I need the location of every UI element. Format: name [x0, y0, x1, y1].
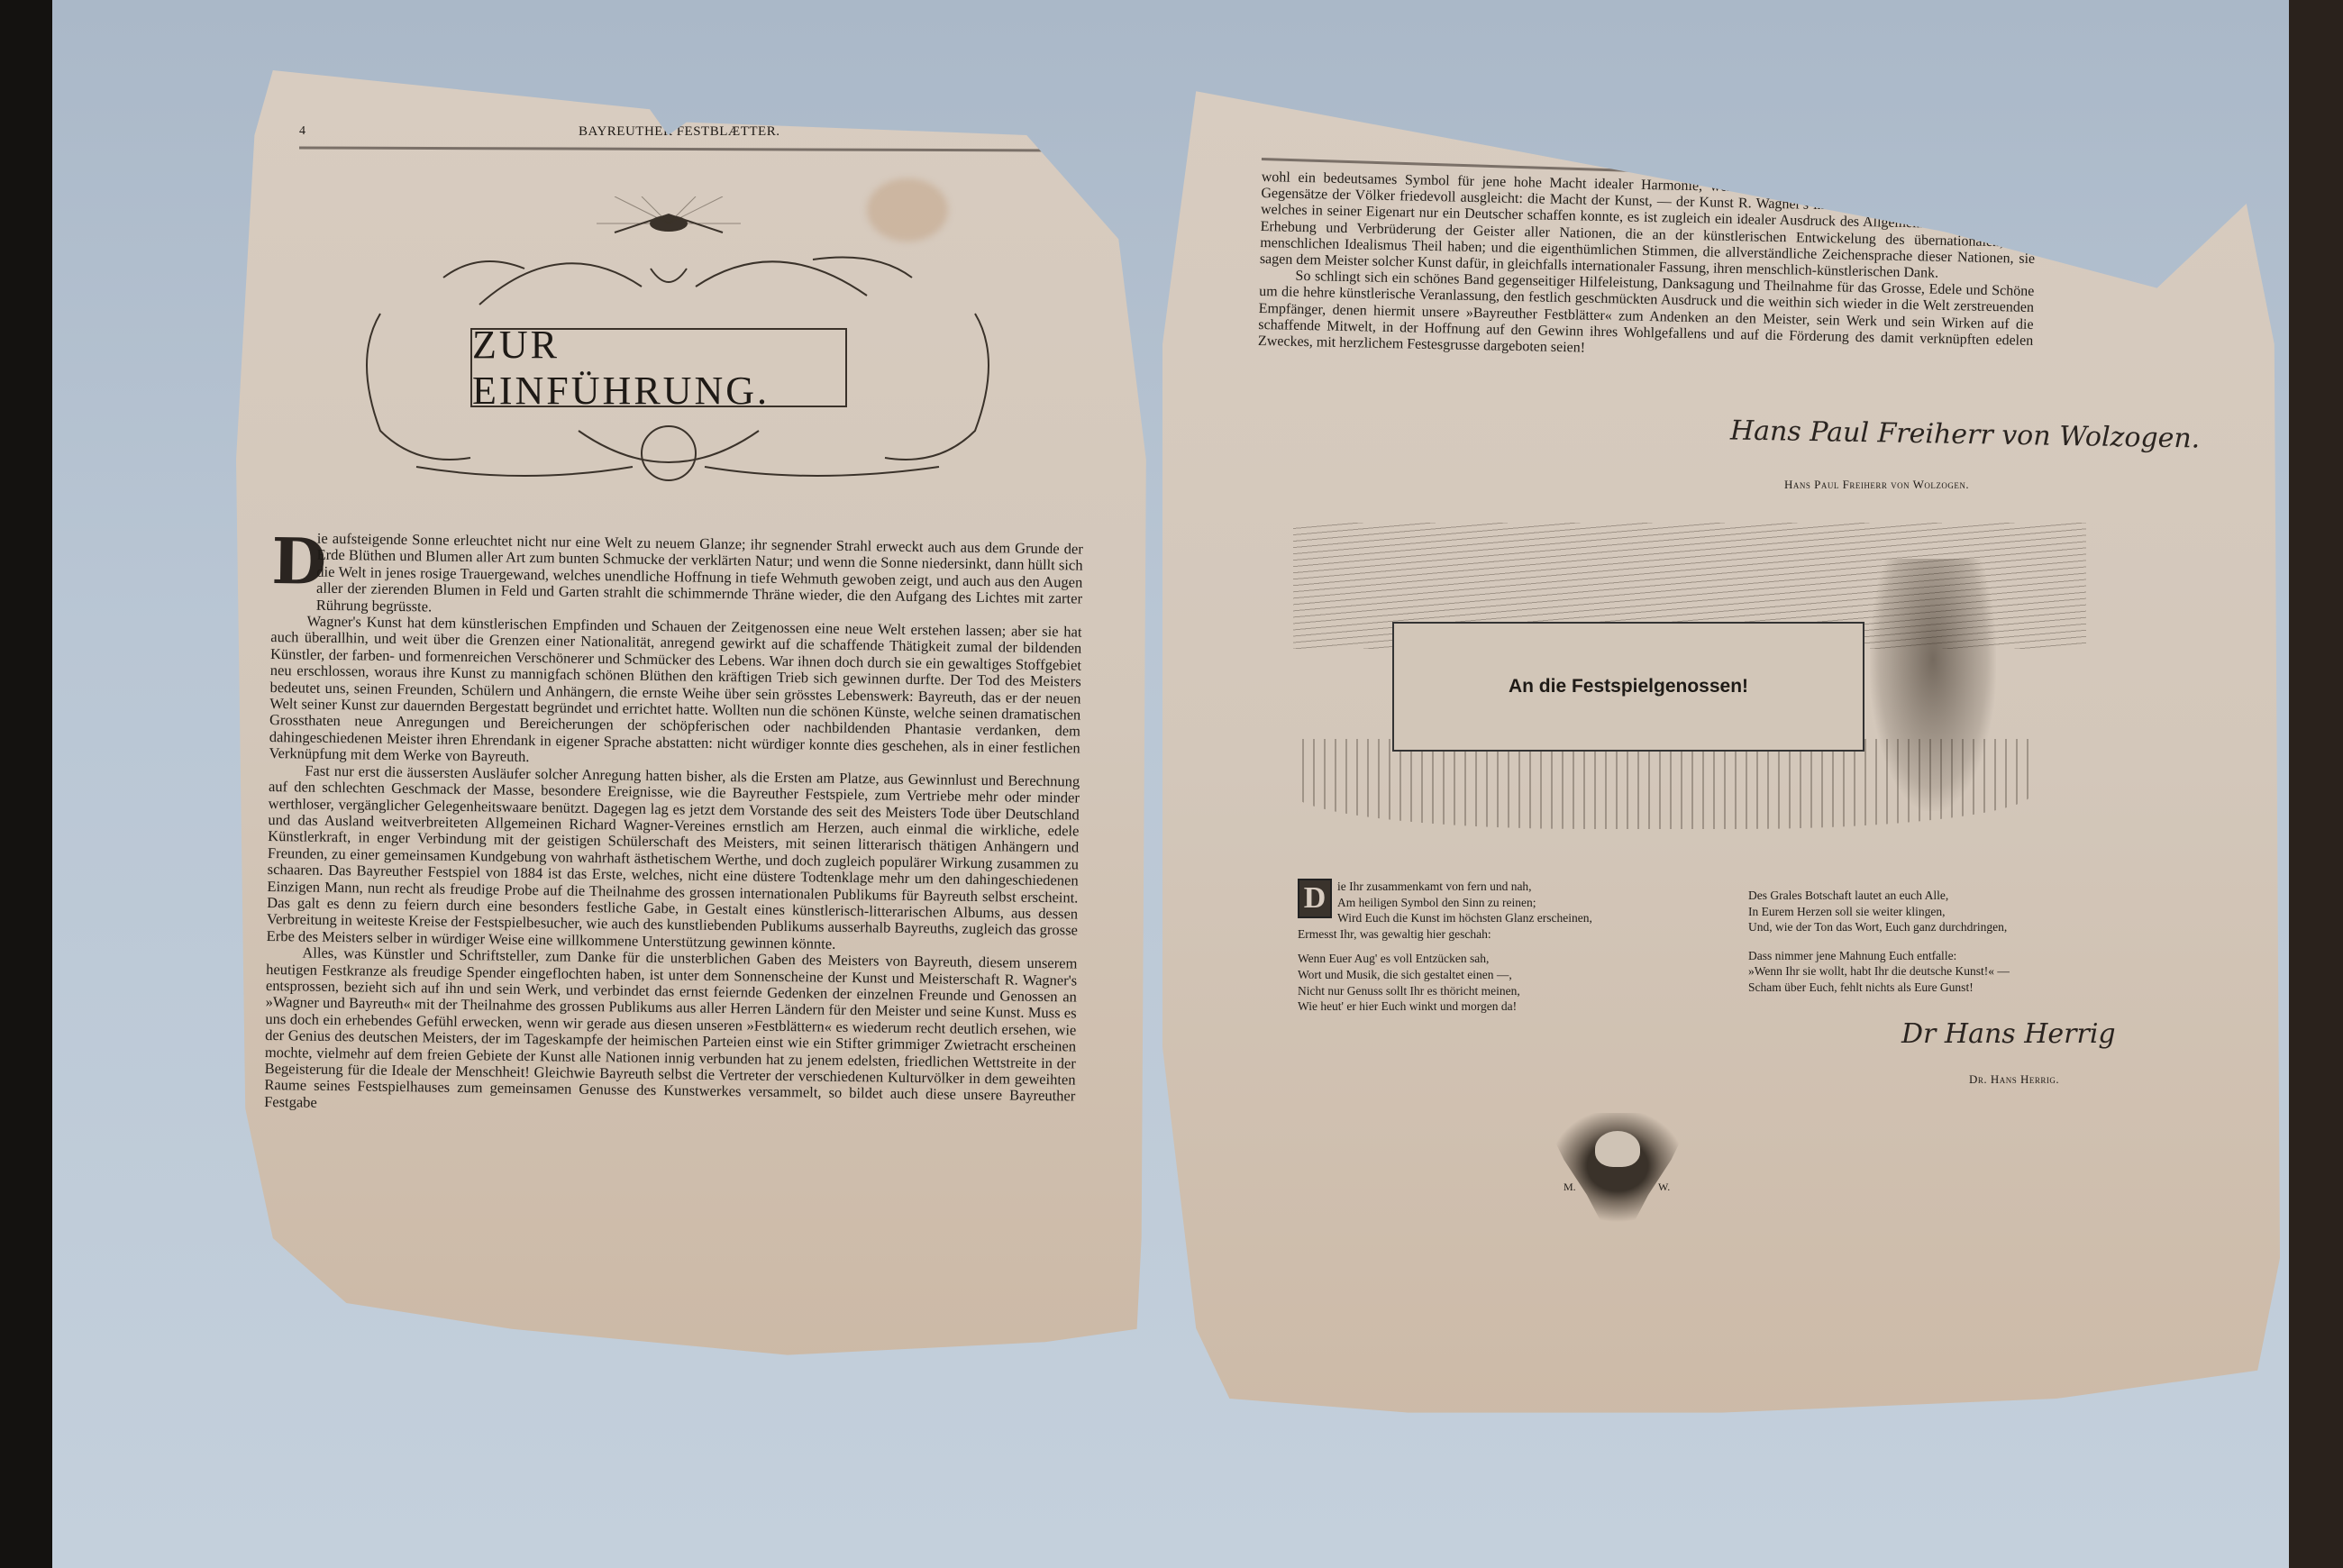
paragraph: wohl ein bedeutsames Symbol für jene hoh… [1260, 169, 2037, 284]
title-ornament: ZUR EINFÜHRUNG. [344, 196, 1011, 503]
dark-surface-right [2289, 0, 2343, 1568]
festival-illustration: An die Festspielgenossen! [1293, 523, 2086, 829]
paragraph: Wagner's Kunst hat dem künstlerischen Em… [269, 613, 1081, 773]
poem-left-column: D ie Ihr zusammenkamt von fern und nah, … [1298, 879, 1676, 1024]
dark-surface-left [0, 0, 52, 1568]
page-number: 5 [2019, 171, 2025, 186]
paragraph: So schlingt sich ein schönes Band gegens… [1258, 268, 2035, 366]
poem-stanza: Wenn Euer Aug' es voll Entzücken sah, Wo… [1298, 951, 1676, 1014]
article-body: wohl ein bedeutsames Symbol für jene hoh… [1258, 169, 2037, 366]
bird-icon [1595, 1131, 1640, 1167]
author-name: Hans Paul Freiherr von Wolzogen. [1784, 478, 1969, 492]
header-rule [299, 146, 1074, 151]
vignette-initial: M. [1564, 1181, 1576, 1194]
handwritten-signature: Hans Paul Freiherr von Wolzogen. [1730, 415, 2201, 454]
vignette-initial: W. [1658, 1181, 1670, 1194]
poem-stanza: Des Grales Botschaft lautet an euch Alle… [1748, 888, 2127, 935]
bird-vignette-icon [1541, 1113, 1694, 1230]
article-body: Die aufsteigende Sonne erleuchtet nicht … [264, 530, 1083, 1122]
poem-drop-cap: D [1298, 879, 1332, 918]
illustration-caption: An die Festspielgenossen! [1392, 622, 1864, 752]
paragraph: Alles, was Künstler und Schriftsteller, … [264, 944, 1077, 1122]
paragraph: Die aufsteigende Sonne erleuchtet nicht … [271, 530, 1083, 624]
poem-right-column: Des Grales Botschaft lautet an euch Alle… [1748, 888, 2127, 1005]
page-number: 4 [299, 124, 305, 139]
poem-stanza: D ie Ihr zusammenkamt von fern und nah, … [1298, 879, 1676, 942]
author-name: Dr. Hans Herrig. [1969, 1072, 2059, 1087]
left-page: 4 BAYREUTHER FESTBLÆTTER. ZUR EI [236, 70, 1155, 1368]
right-page: BAYREUTHER FESTBLÆTTER. 5 wohl ein bedeu… [1162, 63, 2280, 1469]
running-header: BAYREUTHER FESTBLÆTTER. [579, 124, 779, 140]
paragraph: Fast nur erst die äussersten Ausläufer s… [267, 762, 1080, 956]
section-title: ZUR EINFÜHRUNG. [470, 328, 847, 407]
drop-cap-initial: D [271, 530, 312, 597]
poem-stanza: Dass nimmer jene Mahnung Euch entfalle: … [1748, 948, 2127, 996]
handwritten-signature: Dr Hans Herrig [1901, 1018, 2116, 1050]
running-header: BAYREUTHER FESTBLÆTTER. [1541, 141, 1743, 163]
scroll-ornament-base [1293, 739, 2032, 829]
